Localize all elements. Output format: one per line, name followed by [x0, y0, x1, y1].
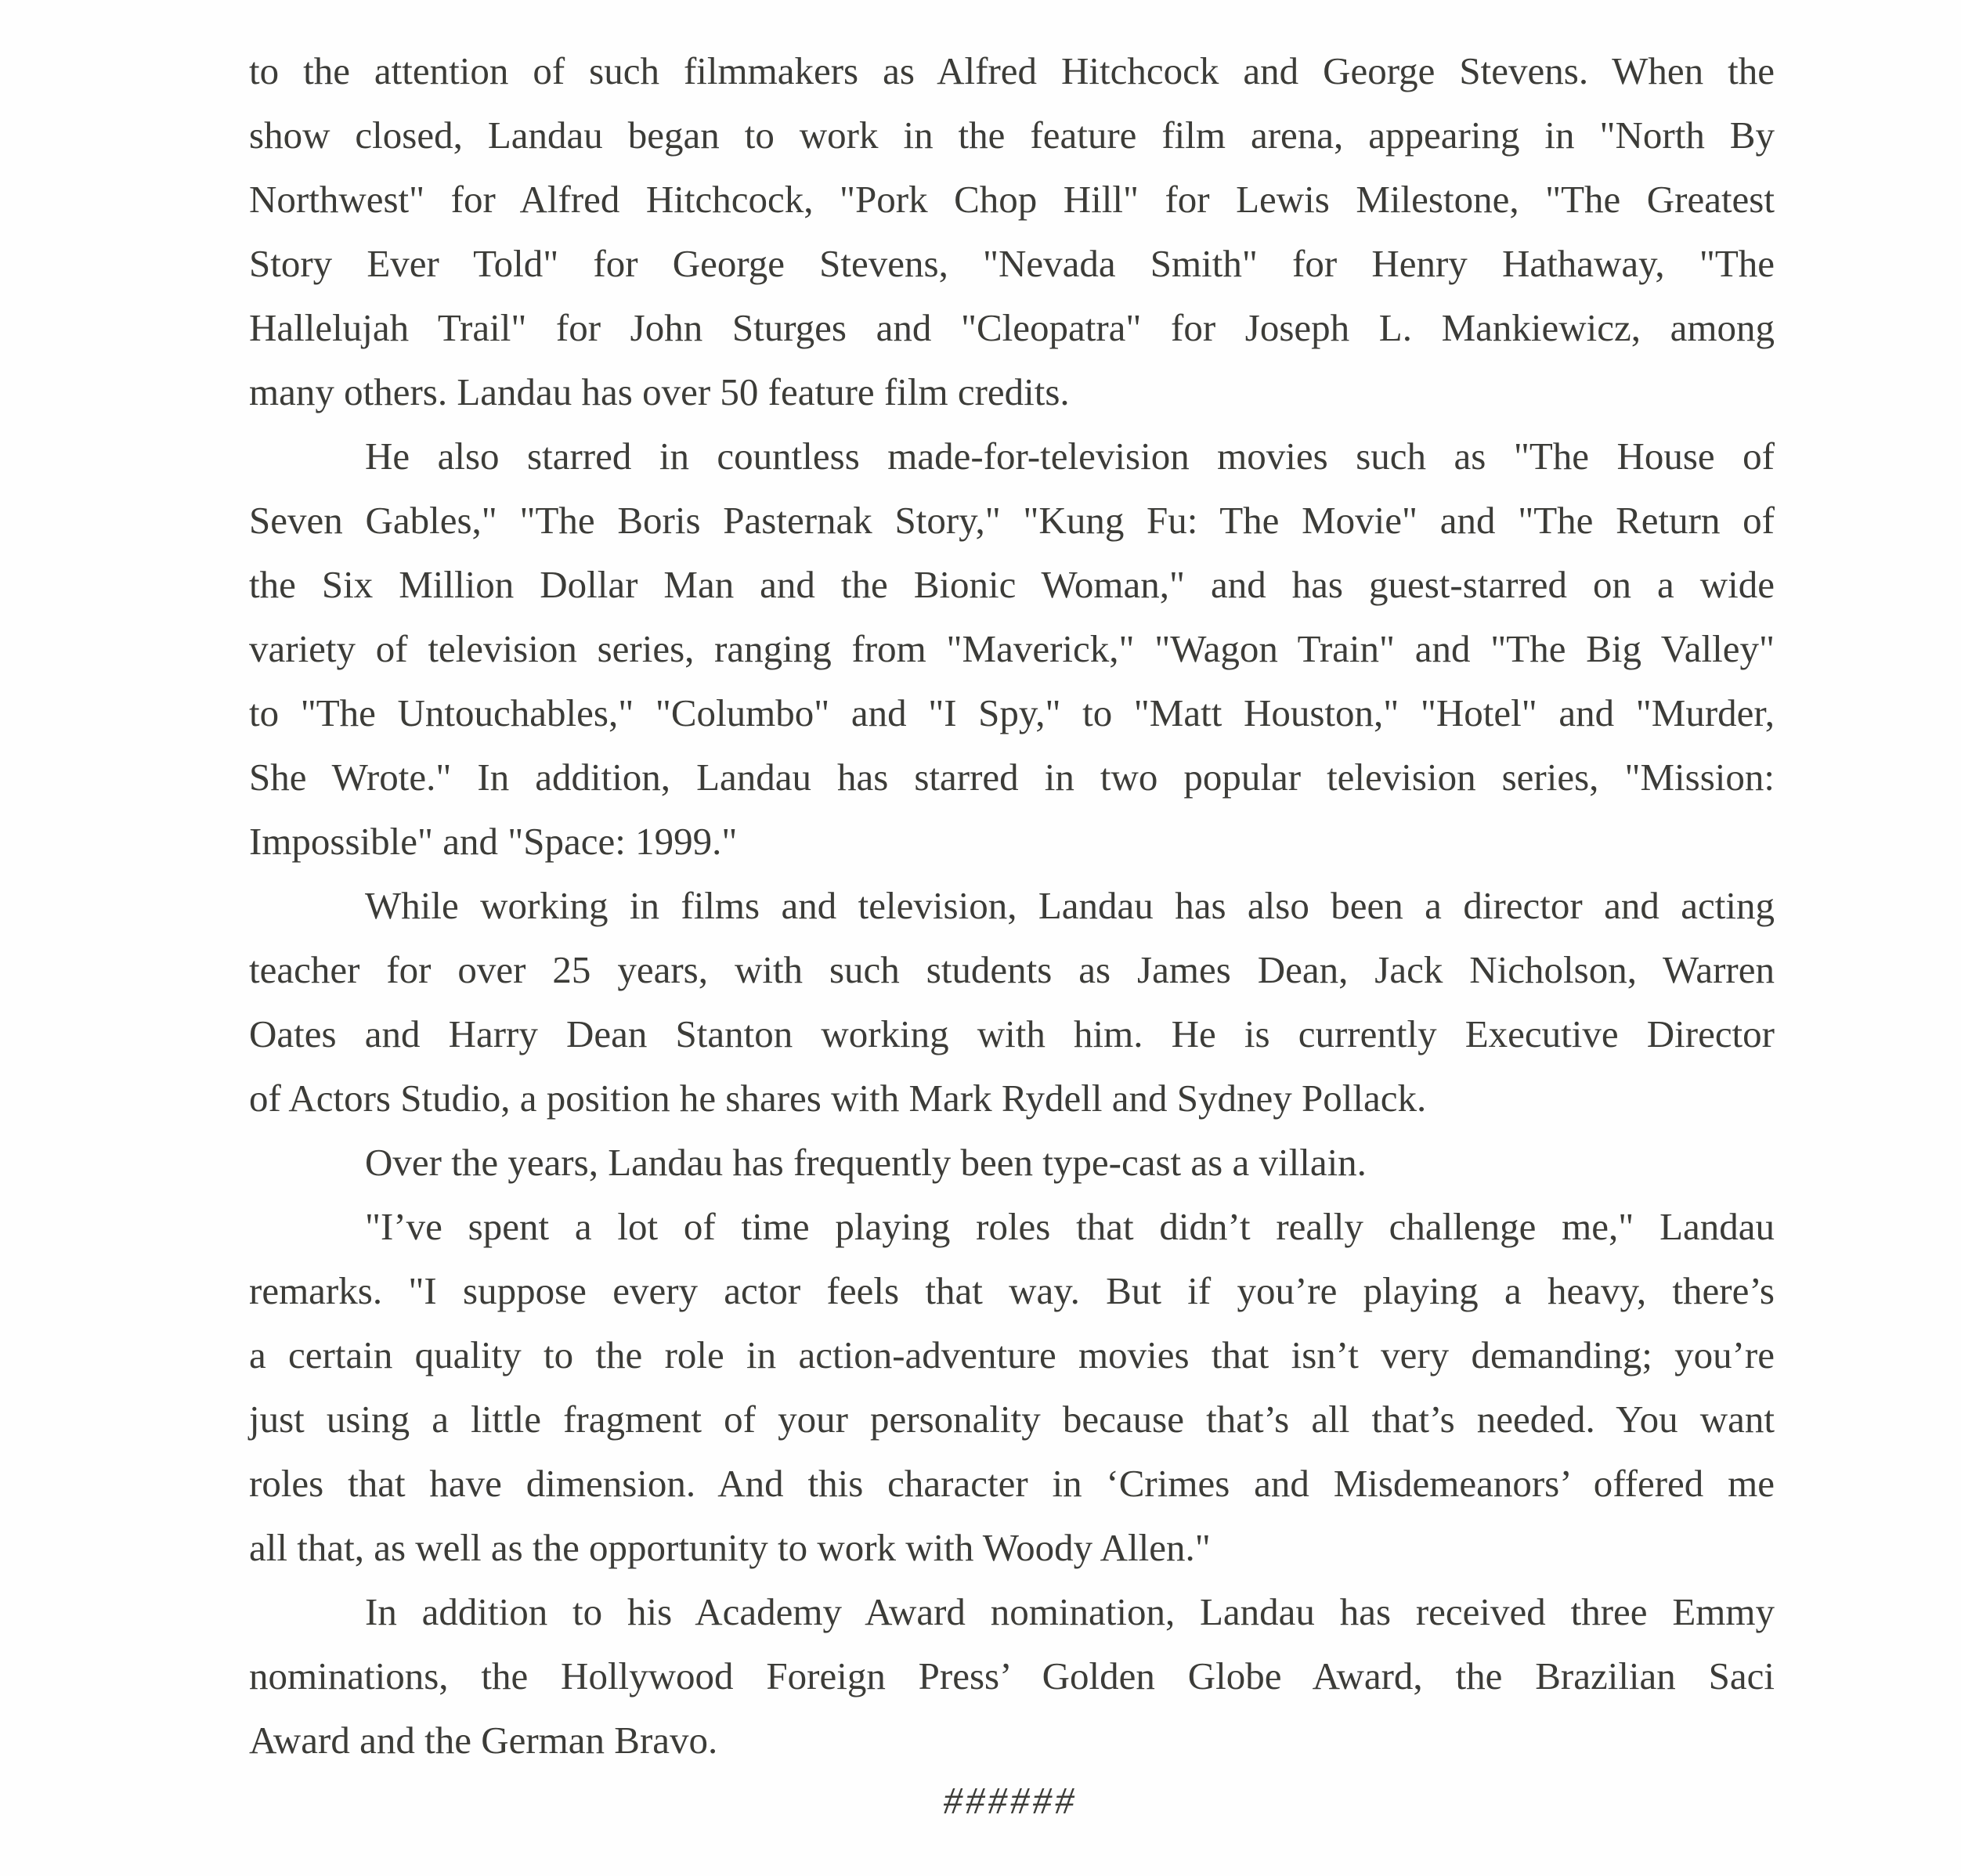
paragraph-4-line-1: Over the years, Landau has frequently be… — [365, 1131, 1775, 1195]
paragraph-3-line-3: Oates and Harry Dean Stanton working wit… — [249, 1002, 1775, 1066]
paragraph-2-line-3: the Six Million Dollar Man and the Bioni… — [249, 553, 1775, 617]
paragraph-1-line-1: to the attention of such filmmakers as A… — [249, 39, 1775, 103]
paragraph-2-line-5: to "The Untouchables," "Columbo" and "I … — [249, 681, 1775, 745]
document-page: to the attention of such filmmakers as A… — [0, 0, 1961, 1876]
paragraph-6-line-3: Award and the German Bravo. — [249, 1708, 1775, 1773]
paragraph-2-line-1: He also starred in countless made-for-te… — [365, 424, 1775, 489]
paragraph-3-line-4: of Actors Studio, a position he shares w… — [249, 1066, 1775, 1131]
paragraph-1-line-3: Northwest" for Alfred Hitchcock, "Pork C… — [249, 168, 1775, 232]
paragraph-6-line-2: nominations, the Hollywood Foreign Press… — [249, 1644, 1775, 1708]
paragraph-2-line-2: Seven Gables," "The Boris Pasternak Stor… — [249, 489, 1775, 553]
paragraph-2-line-6: She Wrote." In addition, Landau has star… — [249, 745, 1775, 810]
paragraph-2-line-4: variety of television series, ranging fr… — [249, 617, 1775, 681]
paragraph-1-line-5: Hallelujah Trail" for John Sturges and "… — [249, 296, 1775, 360]
paragraph-3-line-2: teacher for over 25 years, with such stu… — [249, 938, 1775, 1002]
paragraph-1-line-2: show closed, Landau began to work in the… — [249, 103, 1775, 168]
paragraph-5-line-5: roles that have dimension. And this char… — [249, 1452, 1775, 1516]
paragraph-3-line-1: While working in films and television, L… — [365, 874, 1775, 938]
paragraph-1-line-4: Story Ever Told" for George Stevens, "Ne… — [249, 232, 1775, 296]
paragraph-6-line-1: In addition to his Academy Award nominat… — [365, 1580, 1775, 1644]
paragraph-2-line-7: Impossible" and "Space: 1999." — [249, 810, 1775, 874]
paragraph-5-line-1: "I’ve spent a lot of time playing roles … — [365, 1195, 1775, 1259]
end-of-document-mark: ###### — [885, 1769, 1136, 1833]
paragraph-5-line-3: a certain quality to the role in action-… — [249, 1323, 1775, 1387]
paragraph-5-line-4: just using a little fragment of your per… — [249, 1387, 1775, 1452]
paragraph-1-line-6: many others. Landau has over 50 feature … — [249, 360, 1775, 424]
paragraph-5-line-2: remarks. "I suppose every actor feels th… — [249, 1259, 1775, 1323]
paragraph-5-line-6: all that, as well as the opportunity to … — [249, 1516, 1775, 1580]
